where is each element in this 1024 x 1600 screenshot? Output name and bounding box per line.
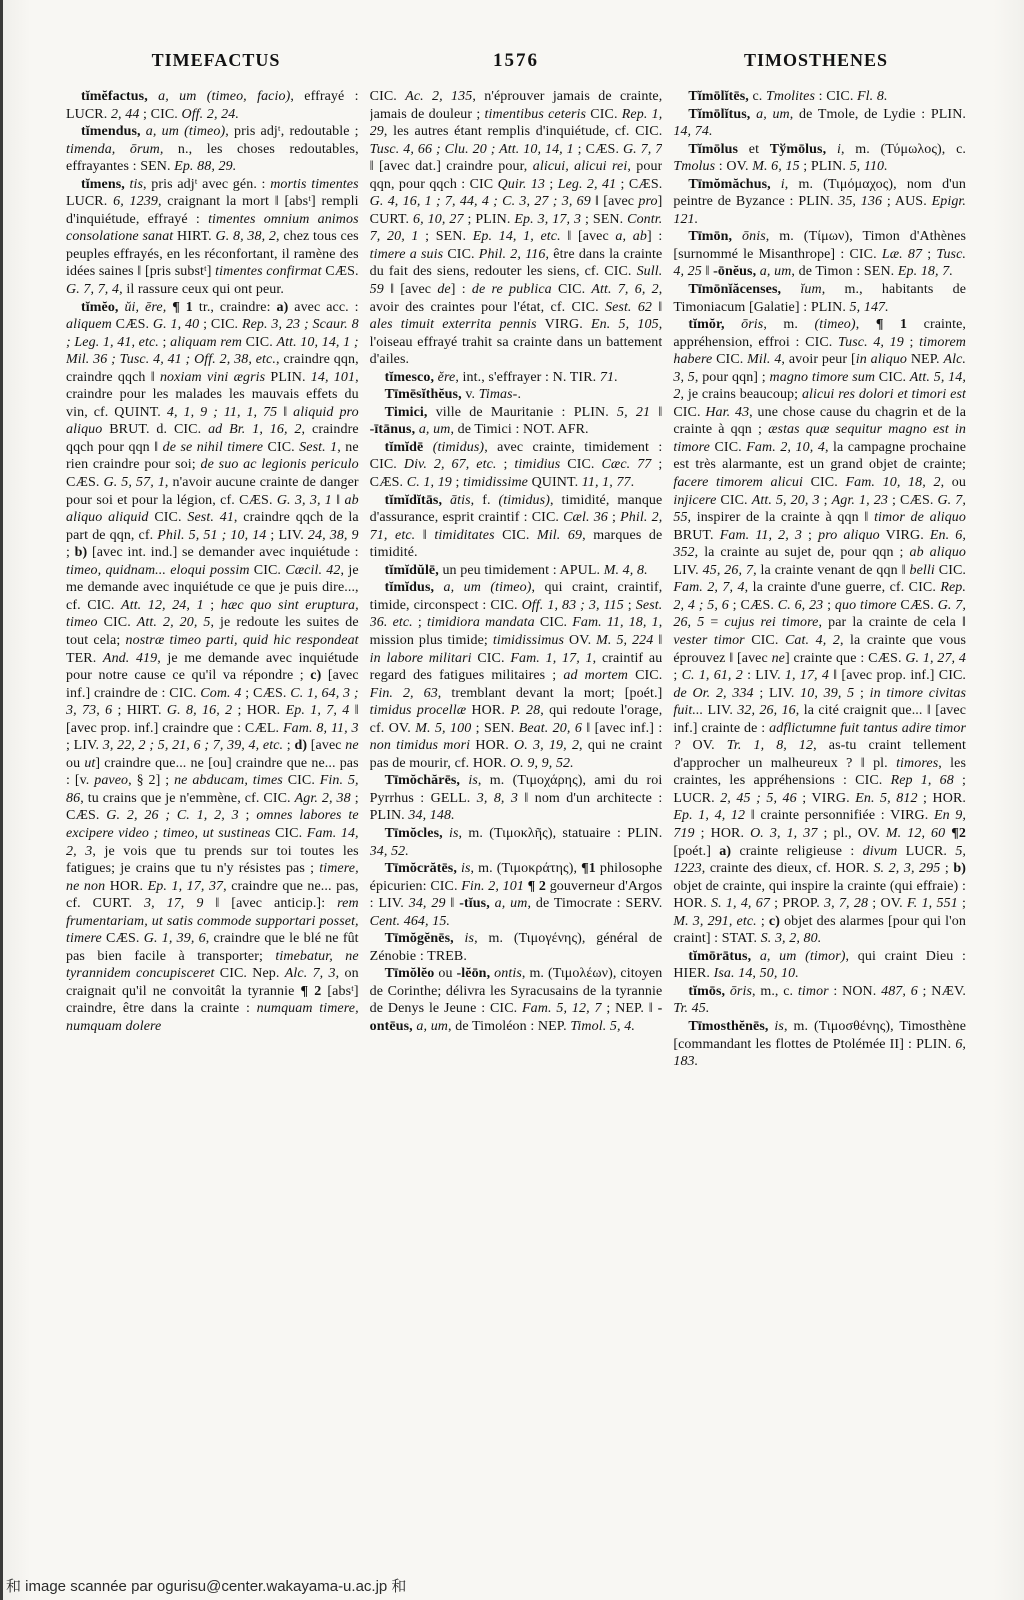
dictionary-entry: Tīmŏcrătēs, is, m. (Τιμοκράτης), ¶1 phil…	[370, 860, 663, 930]
dictionary-entry: Tīmŏmăchus, i, m. (Τιμόμαχος), nom d'un …	[673, 176, 966, 229]
page-header: TIMEFACTUS 1576 TIMOSTHENES	[66, 50, 966, 72]
dictionary-entry: Tīmōnĭăcenses, ĭum, m., habitants de Tim…	[673, 281, 966, 316]
dictionary-entry: Tīmŏchărēs, is, m. (Τιμοχάρης), ami du r…	[370, 772, 663, 825]
page-number: 1576	[366, 50, 666, 72]
column-2: CIC. Ac. 2, 135, n'éprouver jamais de cr…	[370, 88, 663, 1558]
dictionary-entry: tĭmĕo, ŭi, ēre, ¶ 1 tr., craindre: a) av…	[66, 299, 359, 1036]
dictionary-entry: tĭmĭdus, a, um (timeo), qui craint, crai…	[370, 579, 663, 772]
dictionary-entry: tĭmŏr, ōris, m. (timeo), ¶ 1 crainte, ap…	[673, 316, 966, 948]
dictionary-entry: tĭmendus, a, um (timeo), pris adjᵗ, redo…	[66, 123, 359, 176]
dictionary-entry: Tīmŏgĕnēs, is, m. (Τιμογένης), général d…	[370, 930, 663, 965]
dictionary-entry: Tīmēsĭthĕus, v. Timas-.	[370, 386, 663, 404]
scanned-dictionary-page: TIMEFACTUS 1576 TIMOSTHENES tĭmĕfactus, …	[0, 0, 1024, 1600]
dictionary-entry: Tīmōn, ōnis, m. (Τίμων), Timon d'Athènes…	[673, 228, 966, 281]
column-3: Tĭmōlĭtēs, c. Tmolites : CIC. Fl. 8.Tĭmō…	[673, 88, 966, 1558]
dictionary-entry: tĭmesco, ĕre, int., s'effrayer : N. TIR.…	[370, 369, 663, 387]
dictionary-entry: tĭmōs, ōris, m., c. timor : NON. 487, 6 …	[673, 983, 966, 1018]
dictionary-entry: tĭmĭdĭtās, ātis, f. (timidus), timidité,…	[370, 492, 663, 562]
dictionary-entry: Tīmŏlĕo ou -lĕōn, ontis, m. (Τιμολέων), …	[370, 965, 663, 1035]
dictionary-entry: Tĭmōlĭtēs, c. Tmolites : CIC. Fl. 8.	[673, 88, 966, 106]
header-guide-word-right: TIMOSTHENES	[666, 50, 966, 72]
entry-continuation: CIC. Ac. 2, 135, n'éprouver jamais de cr…	[370, 88, 663, 369]
dictionary-entry: Tīmosthĕnēs, is, m. (Τιμοσθένης), Timost…	[673, 1018, 966, 1071]
dictionary-entry: Tīmŏcles, is, m. (Τιμοκλῆς), statuaire :…	[370, 825, 663, 860]
dictionary-entry: Tĭmōlĭtus, a, um, de Tmole, de Lydie : P…	[673, 106, 966, 141]
column-1: tĭmĕfactus, a, um (timeo, facio), effray…	[66, 88, 359, 1558]
dictionary-entry: tĭmĭdŭlē, un peu timidement : APUL. M. 4…	[370, 562, 663, 580]
dictionary-entry: Tĭmōlus et Tўmōlus, i, m. (Τύμωλος), c. …	[673, 141, 966, 176]
dictionary-entry: tĭmens, tis, pris adjᵗ avec gén. : morti…	[66, 176, 359, 299]
dictionary-entry: Timici, ville de Mauritanie : PLIN. 5, 2…	[370, 404, 663, 439]
scanner-credit: 和 image scannée par ogurisu@center.wakay…	[6, 1575, 406, 1596]
dictionary-entry: tĭmĭdē (timidus), avec crainte, timideme…	[370, 439, 663, 492]
header-guide-word-left: TIMEFACTUS	[66, 50, 366, 72]
text-columns: tĭmĕfactus, a, um (timeo, facio), effray…	[66, 88, 966, 1558]
dictionary-entry: tĭmĕfactus, a, um (timeo, facio), effray…	[66, 88, 359, 123]
dictionary-entry: tĭmōrātus, a, um (timor), qui craint Die…	[673, 948, 966, 983]
